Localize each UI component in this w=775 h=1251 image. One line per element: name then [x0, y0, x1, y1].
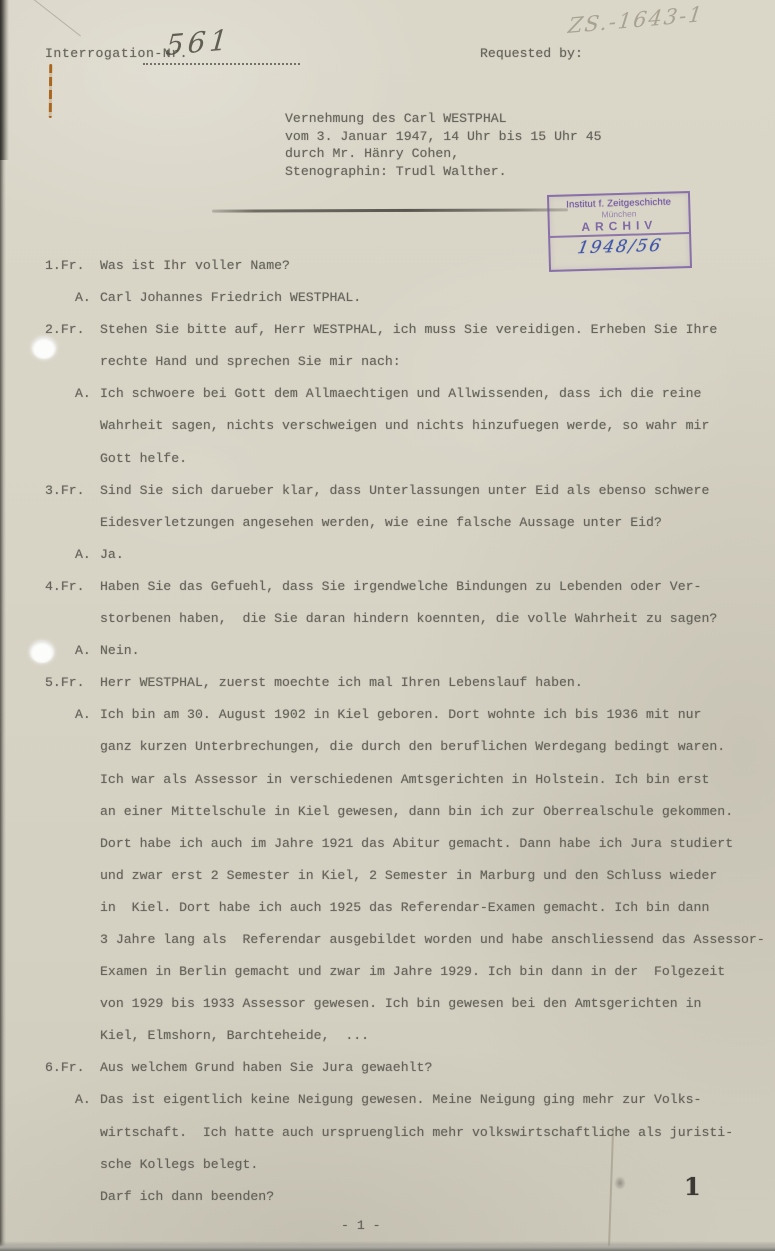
line-text: Aus welchem Grund haben Sie Jura gewaehl…	[100, 1060, 432, 1075]
transcript-line: von 1929 bis 1933 Assessor gewesen. Ich …	[0, 988, 775, 1020]
line-text: Kiel, Elmshorn, Barchteheide, ...	[100, 1028, 369, 1043]
transcript-line: 2.Fr.Stehen Sie bitte auf, Herr WESTPHAL…	[0, 314, 775, 346]
line-text: Carl Johannes Friedrich WESTPHAL.	[100, 290, 361, 305]
line-text: Ich bin am 30. August 1902 in Kiel gebor…	[100, 707, 701, 722]
line-text: ganz kurzen Unterbrechungen, die durch d…	[100, 739, 725, 754]
requested-by-label: Requested by:	[480, 46, 583, 61]
line-text: Herr WESTPHAL, zuerst moechte ich mal Ih…	[100, 675, 583, 690]
transcript-line: rechte Hand und sprechen Sie mir nach:	[0, 346, 775, 378]
transcript-line: 6.Fr.Aus welchem Grund haben Sie Jura ge…	[0, 1052, 775, 1084]
line-text: Ich schwoere bei Gott dem Allmaechtigen …	[100, 386, 701, 401]
heading-line-title: Vernehmung des Carl WESTPHAL	[285, 110, 602, 128]
transcript: 1.Fr.Was ist Ihr voller Name?A.Carl Joha…	[0, 250, 775, 1213]
transcript-line: A.Nein.	[0, 635, 775, 667]
punch-hole	[30, 641, 54, 663]
line-text: Gott helfe.	[100, 451, 187, 466]
heading-line-stenographer: Stenographin: Trudl Walther.	[285, 163, 602, 181]
qa-label: 1.Fr.	[45, 250, 85, 282]
scanned-document-page: Interrogation-Nr. 561 Requested by: ZS.-…	[0, 0, 775, 1251]
document-heading: Vernehmung des Carl WESTPHAL vom 3. Janu…	[285, 110, 602, 180]
heading-line-interrogator: durch Mr. Hänry Cohen,	[285, 145, 602, 163]
transcript-line: 5.Fr.Herr WESTPHAL, zuerst moechte ich m…	[0, 667, 775, 699]
transcript-line: A.Carl Johannes Friedrich WESTPHAL.	[0, 282, 775, 314]
transcript-line: Examen in Berlin gemacht und zwar im Jah…	[0, 956, 775, 988]
archive-reference-handwritten: ZS.-1643-1	[567, 2, 705, 38]
transcript-line: Ich war als Assessor in verschiedenen Am…	[0, 764, 775, 796]
typed-page-number: - 1 -	[341, 1218, 381, 1233]
transcript-line: storbenen haben, die Sie daran hindern k…	[0, 603, 775, 635]
qa-label: 6.Fr.	[45, 1052, 85, 1084]
line-text: Dort habe ich auch im Jahre 1921 das Abi…	[100, 836, 733, 851]
line-text: Stehen Sie bitte auf, Herr WESTPHAL, ich…	[100, 322, 717, 337]
line-text: und zwar erst 2 Semester in Kiel, 2 Seme…	[100, 868, 717, 883]
transcript-line: 3.Fr.Sind Sie sich darueber klar, dass U…	[0, 475, 775, 507]
transcript-line: sche Kollegs belegt.	[0, 1149, 775, 1181]
transcript-line: Gott helfe.	[0, 443, 775, 475]
line-text: Was ist Ihr voller Name?	[100, 258, 290, 273]
qa-label: A.	[75, 282, 91, 314]
paper-crease	[25, 0, 81, 36]
line-text: Wahrheit sagen, nichts verschweigen und …	[100, 418, 709, 433]
transcript-line: wirtschaft. Ich hatte auch urspruenglich…	[0, 1117, 775, 1149]
transcript-line: und zwar erst 2 Semester in Kiel, 2 Seme…	[0, 860, 775, 892]
transcript-line: Eidesverletzungen angesehen werden, wie …	[0, 507, 775, 539]
line-text: Ich war als Assessor in verschiedenen Am…	[100, 772, 709, 787]
transcript-line: A.Ich bin am 30. August 1902 in Kiel geb…	[0, 699, 775, 731]
line-text: Ja.	[100, 547, 124, 562]
line-text: Examen in Berlin gemacht und zwar im Jah…	[100, 964, 725, 979]
qa-label: 3.Fr.	[45, 475, 85, 507]
transcript-line: Kiel, Elmshorn, Barchteheide, ...	[0, 1020, 775, 1052]
line-text: storbenen haben, die Sie daran hindern k…	[100, 611, 717, 626]
line-text: wirtschaft. Ich hatte auch urspruenglich…	[100, 1125, 733, 1140]
transcript-line: Wahrheit sagen, nichts verschweigen und …	[0, 410, 775, 442]
transcript-line: ganz kurzen Unterbrechungen, die durch d…	[0, 731, 775, 763]
qa-label: A.	[75, 635, 91, 667]
qa-label: 4.Fr.	[45, 571, 85, 603]
line-text: rechte Hand und sprechen Sie mir nach:	[100, 354, 401, 369]
line-text: an einer Mittelschule in Kiel gewesen, d…	[100, 804, 733, 819]
transcript-line: A.Ich schwoere bei Gott dem Allmaechtige…	[0, 378, 775, 410]
scan-edge-left	[0, 0, 6, 1251]
stamped-page-number: 1	[684, 1172, 701, 1201]
transcript-line: an einer Mittelschule in Kiel gewesen, d…	[0, 796, 775, 828]
ink-smudge	[614, 1176, 626, 1190]
line-text: 3 Jahre lang als Referendar ausgebildet …	[100, 932, 765, 947]
scan-edge-bottom	[0, 1241, 775, 1251]
heading-line-date: vom 3. Januar 1947, 14 Uhr bis 15 Uhr 45	[285, 128, 602, 146]
horizontal-rule	[212, 208, 568, 212]
line-text: sche Kollegs belegt.	[100, 1157, 258, 1172]
line-text: von 1929 bis 1933 Assessor gewesen. Ich …	[100, 996, 701, 1011]
line-text: Das ist eigentlich keine Neigung gewesen…	[100, 1092, 701, 1107]
transcript-line: Darf ich dann beenden?	[0, 1181, 775, 1213]
margin-highlight-mark	[49, 64, 52, 118]
interrogation-number-handwritten: 561	[165, 23, 233, 62]
line-text: in Kiel. Dort habe ich auch 1925 das Ref…	[100, 900, 709, 915]
transcript-line: A.Das ist eigentlich keine Neigung gewes…	[0, 1084, 775, 1116]
transcript-line: A.Ja.	[0, 539, 775, 571]
qa-label: A.	[75, 378, 91, 410]
transcript-line: Dort habe ich auch im Jahre 1921 das Abi…	[0, 828, 775, 860]
transcript-line: 1.Fr.Was ist Ihr voller Name?	[0, 250, 775, 282]
scan-edge-left-dark	[0, 0, 9, 160]
line-text: Haben Sie das Gefuehl, dass Sie irgendwe…	[100, 579, 701, 594]
line-text: Darf ich dann beenden?	[100, 1189, 274, 1204]
qa-label: A.	[75, 699, 91, 731]
transcript-line: in Kiel. Dort habe ich auch 1925 das Ref…	[0, 892, 775, 924]
transcript-line: 3 Jahre lang als Referendar ausgebildet …	[0, 924, 775, 956]
line-text: Sind Sie sich darueber klar, dass Unterl…	[100, 483, 709, 498]
qa-label: 5.Fr.	[45, 667, 85, 699]
line-text: Nein.	[100, 643, 140, 658]
line-text: Eidesverletzungen angesehen werden, wie …	[100, 515, 662, 530]
qa-label: A.	[75, 539, 91, 571]
qa-label: A.	[75, 1084, 91, 1116]
punch-hole	[32, 337, 56, 359]
transcript-line: 4.Fr.Haben Sie das Gefuehl, dass Sie irg…	[0, 571, 775, 603]
